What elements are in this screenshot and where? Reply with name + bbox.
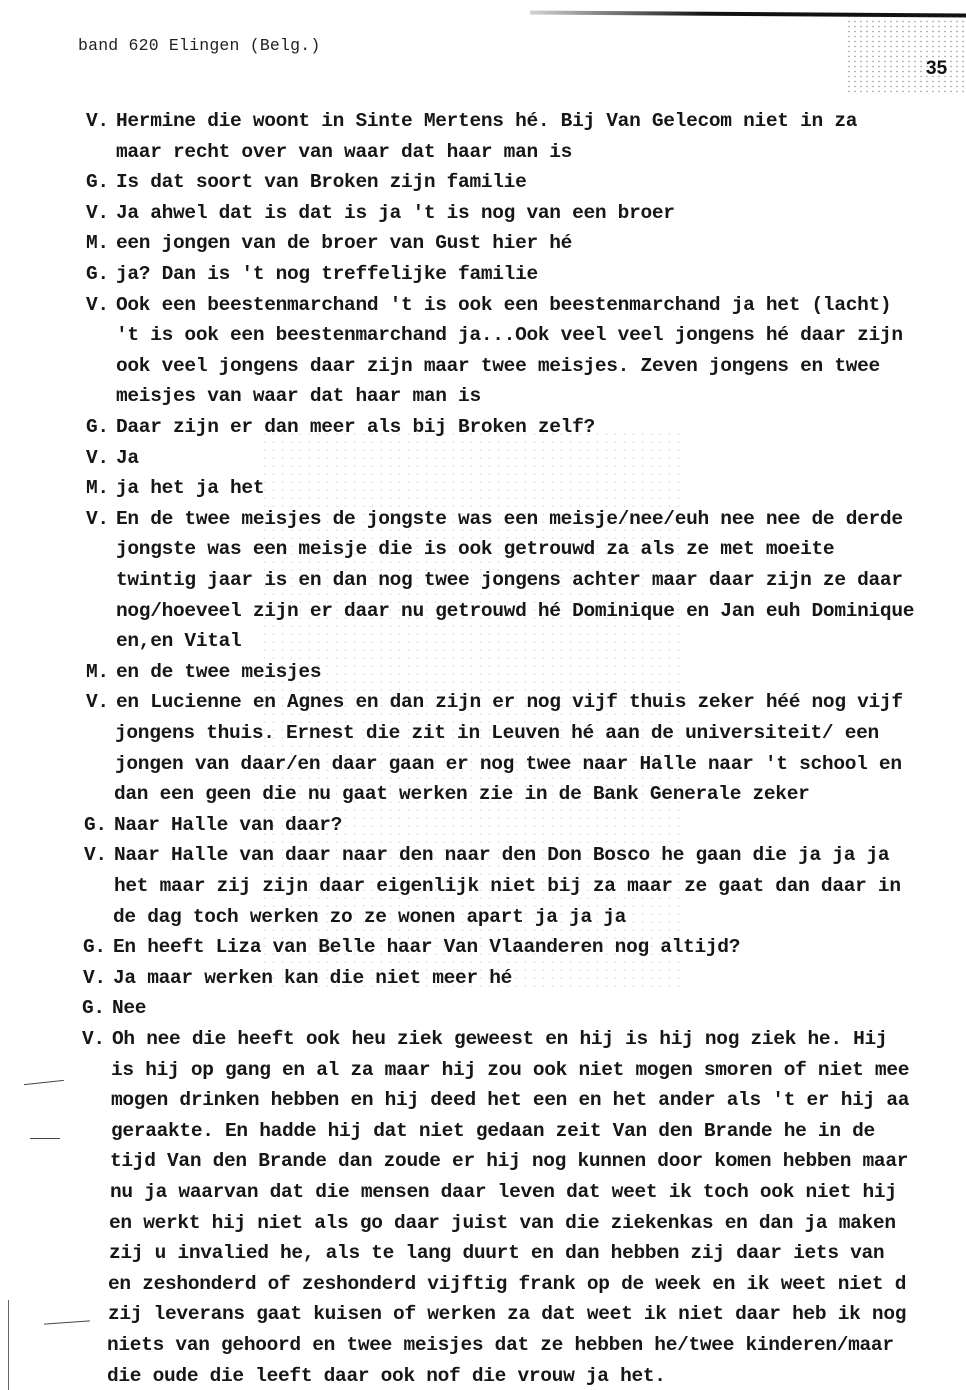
transcript-line: en zeshonderd of zeshonderd vijftig fran… [108,1273,906,1295]
speaker-label: G. [82,997,105,1019]
transcript-line: meisjes van waar dat haar man is [116,385,481,407]
speaker-label: V. [82,1028,105,1050]
speaker-label: G. [83,936,106,958]
transcript-line: en werkt hij niet als go daar juist van … [109,1212,896,1234]
speaker-label: V. [83,967,106,989]
transcript-line: En heeft Liza van Belle haar Van Vlaande… [113,936,740,958]
transcript-line: dan een geen die nu gaat werken zie in d… [114,783,810,805]
transcript-line: ja? Dan is 't nog treffelijke familie [116,263,538,285]
transcript-line: jongens thuis. Ernest die zit in Leuven … [115,722,879,744]
speaker-label: V. [86,110,109,132]
speaker-label: M. [86,232,109,254]
speaker-label: G. [86,171,109,193]
transcript-line: Naar Halle van daar? [114,814,342,836]
transcript-line: Is dat soort van Broken zijn familie [116,171,526,193]
transcript-line: Ja maar werken kan die niet meer hé [113,967,512,989]
transcript-line: en,en Vital [116,630,241,652]
transcript-line: mogen drinken hebben en hij deed het een… [111,1089,909,1111]
speaker-label: V. [86,691,109,713]
page-number: 35 [926,58,947,80]
transcript-line: de dag toch werken zo ze wonen apart ja … [113,906,626,928]
transcript-line: Hermine die woont in Sinte Mertens hé. B… [116,110,857,132]
margin-pen-mark [30,1138,60,1140]
speaker-label: V. [86,447,109,469]
transcript-line: een jongen van de broer van Gust hier hé [116,232,572,254]
transcript-line: geraakte. En hadde hij dat niet gedaan z… [111,1120,875,1142]
margin-pen-mark [44,1320,90,1325]
transcript-line: Daar zijn er dan meer als bij Broken zel… [116,416,595,438]
transcript-line: Naar Halle van daar naar den naar den Do… [114,844,889,866]
transcript-line: Ook een beestenmarchand 't is ook een be… [116,294,891,316]
transcript-line: is hij op gang en al za maar hij zou ook… [111,1059,909,1081]
transcript-line: Nee [112,997,146,1019]
transcript-line: en de twee meisjes [116,661,321,683]
transcript-line: ja het ja het [116,477,264,499]
speaker-label: M. [86,477,109,499]
speaker-label: V. [84,844,107,866]
margin-pen-mark [24,1080,64,1086]
speaker-label: V. [86,294,109,316]
scan-noise [846,14,966,94]
document-header: band 620 Elingen (Belg.) [78,36,320,55]
speaker-label: G. [86,416,109,438]
speaker-label: G. [84,814,107,836]
transcript-line: jongen van daar/en daar gaan er nog twee… [115,753,902,775]
speaker-label: G. [86,263,109,285]
speaker-label: M. [86,661,109,683]
transcript-line: En de twee meisjes de jongste was een me… [116,508,903,530]
transcript-line: 't is ook een beestenmarchand ja...Ook v… [116,324,903,346]
transcript-line: jongste was een meisje die is ook getrou… [116,538,834,560]
transcript-line: nu ja waarvan dat die mensen daar leven … [110,1181,897,1203]
transcript-line: nog/hoeveel zijn er daar nu getrouwd hé … [116,600,914,622]
transcript-line: ook veel jongens daar zijn maar twee mei… [116,355,880,377]
speaker-label: V. [86,202,109,224]
transcript-line: zij u invalied he, als te lang duurt en … [109,1242,884,1264]
transcript-line: twintig jaar is en dan nog twee jongens … [116,569,903,591]
transcript-line: Ja ahwel dat is dat is ja 't is nog van … [116,202,675,224]
transcript-line: zij leverans gaat kuisen of werken za da… [108,1303,906,1325]
transcript-line: Oh nee die heeft ook heu ziek geweest en… [112,1028,887,1050]
transcript-line: die oude die leeft daar ook nof die vrou… [107,1365,666,1387]
transcript-line: het maar zij zijn daar eigenlijk niet bi… [114,875,901,897]
margin-rule [8,1300,9,1390]
typewritten-page: band 620 Elingen (Belg.) 35 V.Hermine di… [0,0,966,1390]
transcript-line: niets van gehoord en twee meisjes dat ze… [107,1334,894,1356]
transcript-line: en Lucienne en Agnes en dan zijn er nog … [116,691,903,713]
transcript-line: Ja [116,447,139,469]
transcript-line: maar recht over van waar dat haar man is [116,141,572,163]
speaker-label: V. [86,508,109,530]
transcript-line: tijd Van den Brande dan zoude er hij nog… [110,1150,908,1172]
